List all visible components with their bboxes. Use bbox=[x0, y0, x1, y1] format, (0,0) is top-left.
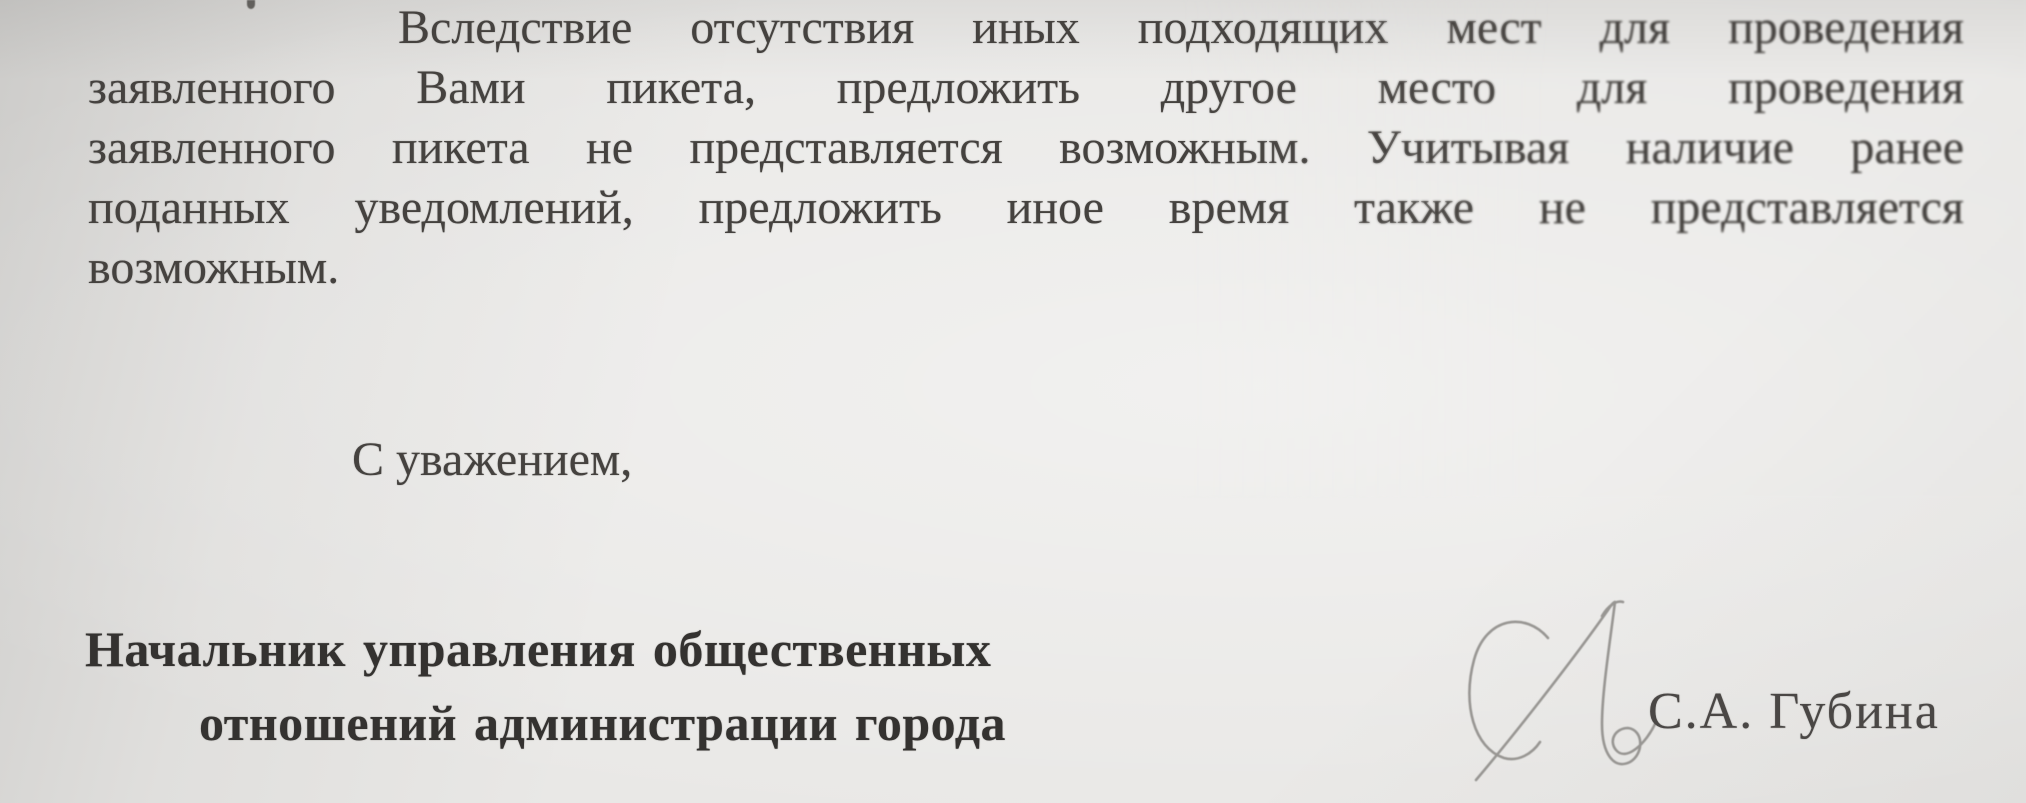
paragraph-line: заявленного Вами пикета, предложить друг… bbox=[88, 58, 1964, 118]
signer-title-line1: Начальник управления общественных bbox=[85, 612, 1120, 686]
signature-strokes bbox=[1469, 602, 1656, 780]
scanned-letter-page: Вследствие отсутствия иных подходящих ме… bbox=[0, 0, 2026, 803]
body-paragraph: Вследствие отсутствия иных подходящих ме… bbox=[88, 0, 1964, 298]
signer-title: Начальник управления общественных отноше… bbox=[85, 612, 1120, 760]
paragraph-line: Вследствие отсутствия иных подходящих ме… bbox=[88, 0, 1964, 58]
signer-name: С.А. Губина bbox=[1648, 682, 1940, 741]
paragraph-line: заявленного пикета не представляется воз… bbox=[88, 118, 1964, 178]
paragraph-line: возможным. bbox=[88, 238, 1964, 298]
paragraph-line: поданных уведомлений, предложить иное вр… bbox=[88, 178, 1964, 238]
closing-salutation: С уважением, bbox=[352, 430, 632, 490]
signer-title-line2: отношений администрации города bbox=[85, 686, 1120, 760]
